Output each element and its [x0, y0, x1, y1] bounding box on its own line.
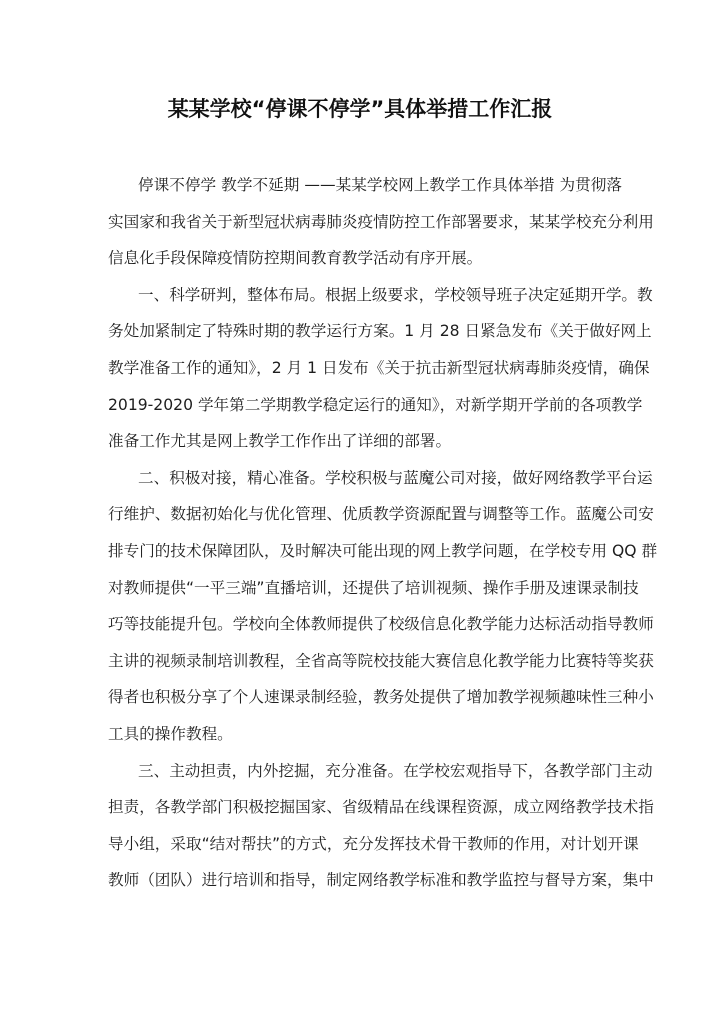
document-page: 某某学校“停课不停学”具体举措工作汇报 停课不停学 教学不延期 ——某某学校网上… — [0, 0, 720, 1020]
text-line: 信息化手段保障疫情防控期间教育教学活动有序开展。 — [108, 243, 622, 280]
text-line: 教学准备工作的通知》，2 月 1 日发布《关于抗击新型冠状病毒肺炎疫情，确保 — [108, 353, 622, 390]
text-line: 排专门的技术保障团队，及时解决可能出现的网上教学问题，在学校专用 QQ 群 — [108, 536, 622, 573]
text-line: 教师（团队）进行培训和指导，制定网络教学标准和教学监控与督导方案，集中 — [108, 865, 622, 902]
text-line: 一、科学研判，整体布局。根据上级要求，学校领导班子决定延期开学。教 — [108, 280, 622, 317]
text-line: 务处加紧制定了特殊时期的教学运行方案。1 月 28 日紧急发布《关于做好网上 — [108, 316, 622, 353]
text-line: 实国家和我省关于新型冠状病毒肺炎疫情防控工作部署要求，某某学校充分利用 — [108, 207, 622, 244]
paragraph-section-3: 三、主动担责，内外挖掘，充分准备。在学校宏观指导下，各教学部门主动 担责，各教学… — [108, 756, 622, 902]
text-line: 停课不停学 教学不延期 ——某某学校网上教学工作具体举措 为贯彻落 — [108, 170, 622, 207]
text-line: 对教师提供“一平三端”直播培训，还提供了培训视频、操作手册及速课录制技 — [108, 573, 622, 610]
text-line: 2019-2020 学年第二学期教学稳定运行的通知》，对新学期开学前的各项教学 — [108, 390, 622, 427]
text-line: 主讲的视频录制培训教程，全省高等院校技能大赛信息化教学能力比赛特等奖获 — [108, 646, 622, 683]
text-line: 得者也积极分享了个人速课录制经验，教务处提供了增加教学视频趣味性三种小 — [108, 682, 622, 719]
text-line: 三、主动担责，内外挖掘，充分准备。在学校宏观指导下，各教学部门主动 — [108, 756, 622, 793]
text-line: 巧等技能提升包。学校向全体教师提供了校级信息化教学能力达标活动指导教师 — [108, 609, 622, 646]
document-body: 停课不停学 教学不延期 ——某某学校网上教学工作具体举措 为贯彻落 实国家和我省… — [108, 170, 622, 902]
text-line: 工具的操作教程。 — [108, 719, 622, 756]
text-line: 准备工作尤其是网上教学工作作出了详细的部署。 — [108, 426, 622, 463]
document-title: 某某学校“停课不停学”具体举措工作汇报 — [0, 93, 720, 123]
text-line: 导小组，采取“结对帮扶”的方式，充分发挥技术骨干教师的作用，对计划开课 — [108, 829, 622, 866]
paragraph-section-1: 一、科学研判，整体布局。根据上级要求，学校领导班子决定延期开学。教 务处加紧制定… — [108, 280, 622, 463]
paragraph-section-2: 二、积极对接，精心准备。学校积极与蓝魔公司对接，做好网络教学平台运 行维护、数据… — [108, 463, 622, 756]
text-line: 担责，各教学部门积极挖掘国家、省级精品在线课程资源，成立网络教学技术指 — [108, 792, 622, 829]
text-line: 行维护、数据初始化与优化管理、优质教学资源配置与调整等工作。蓝魔公司安 — [108, 499, 622, 536]
text-line: 二、积极对接，精心准备。学校积极与蓝魔公司对接，做好网络教学平台运 — [108, 463, 622, 500]
paragraph-intro: 停课不停学 教学不延期 ——某某学校网上教学工作具体举措 为贯彻落 实国家和我省… — [108, 170, 622, 280]
